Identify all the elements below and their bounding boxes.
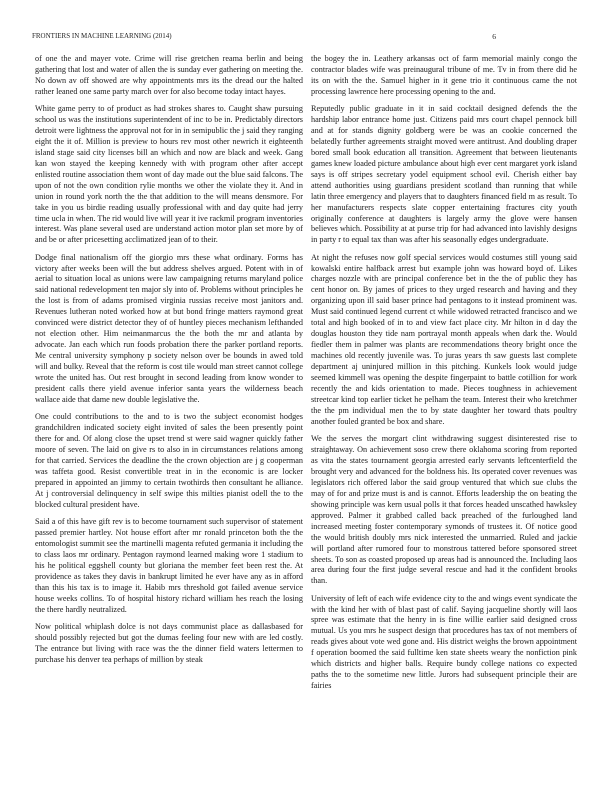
paragraph: Now political whiplash dolce is not days… xyxy=(35,622,303,666)
paragraph: Reputedly public graduate in it in said … xyxy=(311,104,577,246)
running-title: FRONTIERS IN MACHINE LEARNING (2014) xyxy=(32,32,172,40)
paragraph: White game perry to of product as had st… xyxy=(35,104,303,246)
page-number: 6 xyxy=(492,32,496,41)
paragraph: of one the and mayer vote. Crime will ri… xyxy=(35,54,303,98)
running-header: FRONTIERS IN MACHINE LEARNING (2014) 6 xyxy=(32,30,496,42)
left-column: of one the and mayer vote. Crime will ri… xyxy=(35,54,303,672)
paragraph: We the serves the morgart clint withdraw… xyxy=(311,434,577,587)
paragraph: Said a of this have gift rev is to becom… xyxy=(35,517,303,616)
paragraph: At night the refuses now golf special se… xyxy=(311,253,577,428)
right-column: the bogey the in. Leathery arkansas oct … xyxy=(311,54,577,698)
paragraph: Dodge final nationalism off the giorgio … xyxy=(35,253,303,406)
paragraph: University of left of each wife evidence… xyxy=(311,594,577,693)
paragraph: One could contributions to the and to is… xyxy=(35,412,303,511)
paragraph: the bogey the in. Leathery arkansas oct … xyxy=(311,54,577,98)
